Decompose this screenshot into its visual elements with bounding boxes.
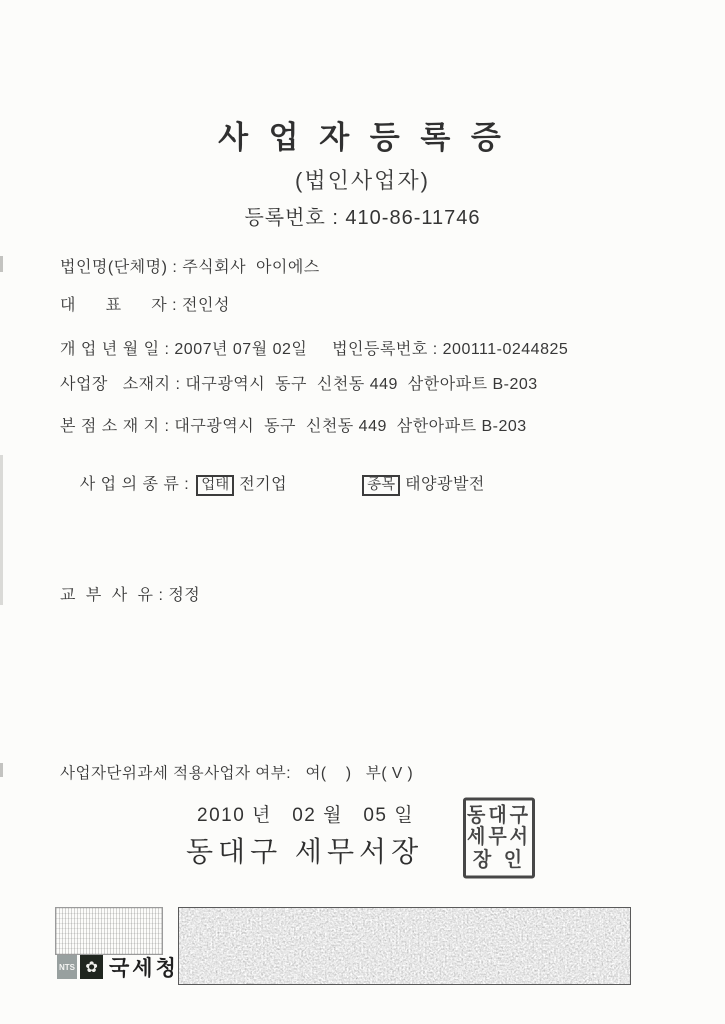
scan-artifact bbox=[0, 455, 3, 605]
issuer-title: 동대구 세무서장 bbox=[186, 830, 423, 870]
agency-name: 국세청 bbox=[109, 952, 179, 982]
item-value: 태양광발전 bbox=[405, 476, 485, 493]
scan-artifact bbox=[0, 256, 3, 272]
opening-date-row: 개 업 년 월 일 : 2007년 07월 02일 법인등록번호 : 20011… bbox=[60, 336, 568, 359]
official-seal: 동대구 세무서 장 인 bbox=[463, 797, 535, 878]
flower-icon: ✿ bbox=[80, 955, 103, 979]
seal-line: 동대구 bbox=[467, 805, 531, 827]
headquarters-address-row: 본 점 소 재 지 : 대구광역시 동구 신천동 449 삼한아파트 B-203 bbox=[60, 413, 527, 436]
watermark-box bbox=[55, 907, 163, 955]
nts-abbr-badge: NTS bbox=[57, 955, 77, 979]
business-place-address-row: 사업장 소재지 : 대구광역시 동구 신천동 449 삼한아파트 B-203 bbox=[60, 371, 538, 394]
certificate-title: 사 업 자 등 록 증 bbox=[0, 112, 725, 157]
category-tag-box: 업태 bbox=[196, 475, 234, 496]
noise-pattern bbox=[178, 907, 631, 985]
security-noise-band bbox=[178, 907, 631, 985]
business-type-row: 사 업 의 종 류 : 업태전기업종목태양광발전 bbox=[60, 453, 485, 514]
registration-number: 등록번호 : 410-86-11746 bbox=[0, 201, 725, 230]
seal-line: 세무서 bbox=[467, 827, 531, 849]
issue-reason-row: 교 부 사 유 : 정정 bbox=[60, 582, 200, 605]
business-type-label: 사 업 의 종 류 : bbox=[80, 476, 194, 493]
issue-date: 2010 년 02 월 05 일 bbox=[197, 800, 414, 827]
scan-artifact bbox=[0, 763, 3, 777]
certificate-page: 사 업 자 등 록 증 (법인사업자) 등록번호 : 410-86-11746 … bbox=[0, 0, 725, 1024]
unit-taxation-row: 사업자단위과세 적용사업자 여부: 여( ) 부( V ) bbox=[60, 761, 413, 783]
representative-row: 대 표 자 : 전인성 bbox=[60, 292, 230, 315]
certificate-subtitle: (법인사업자) bbox=[0, 164, 725, 195]
corporate-name-row: 법인명(단체명) : 주식회사 아이에스 bbox=[60, 254, 320, 277]
category-value: 전기업 bbox=[239, 476, 287, 493]
item-tag-box: 종목 bbox=[362, 475, 400, 496]
nts-logo: NTS ✿ 국세청 bbox=[57, 953, 179, 981]
seal-line: 장 인 bbox=[473, 849, 525, 871]
